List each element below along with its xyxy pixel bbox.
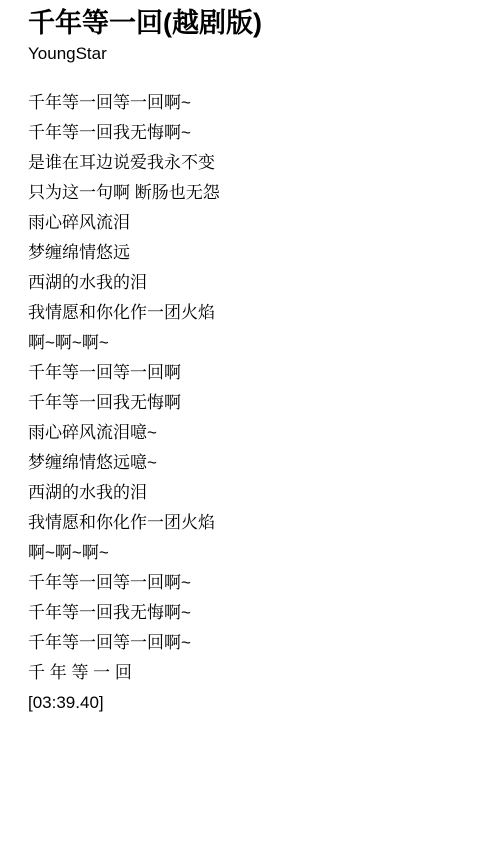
lyric-line: 只为这一句啊 断肠也无怨: [28, 178, 480, 208]
lyric-line: 西湖的水我的泪: [28, 268, 480, 298]
lyric-line: 千年等一回我无悔啊~: [28, 598, 480, 628]
lyric-line: 千年等一回等一回啊~: [28, 88, 480, 118]
lyric-line: 啊~啊~啊~: [28, 328, 480, 358]
lyrics-page: 千年等一回(越剧版) YoungStar 千年等一回等一回啊~千年等一回我无悔啊…: [0, 0, 500, 850]
lyrics-section: 千年等一回等一回啊~千年等一回我无悔啊~是谁在耳边说爱我永不变只为这一句啊 断肠…: [28, 88, 480, 718]
lyric-line: 千年等一回我无悔啊: [28, 388, 480, 418]
song-artist: YoungStar: [28, 42, 480, 66]
lyric-line: 梦缠绵情悠远噫~: [28, 448, 480, 478]
lyric-line: [03:39.40]: [28, 688, 480, 718]
lyric-line: 我情愿和你化作一团火焰: [28, 298, 480, 328]
song-title: 千年等一回(越剧版): [28, 6, 480, 40]
lyric-line: 啊~啊~啊~: [28, 538, 480, 568]
lyric-line: 雨心碎风流泪: [28, 208, 480, 238]
lyric-line: 雨心碎风流泪噫~: [28, 418, 480, 448]
lyric-line: 千年等一回我无悔啊~: [28, 118, 480, 148]
lyric-line: 梦缠绵情悠远: [28, 238, 480, 268]
lyric-line: 千年等一回等一回啊: [28, 358, 480, 388]
lyric-line: 千年等一回等一回啊~: [28, 568, 480, 598]
lyric-line: 西湖的水我的泪: [28, 478, 480, 508]
lyric-line: 千 年 等 一 回: [28, 658, 480, 688]
lyric-line: 是谁在耳边说爱我永不变: [28, 148, 480, 178]
lyric-line: 我情愿和你化作一团火焰: [28, 508, 480, 538]
lyric-line: 千年等一回等一回啊~: [28, 628, 480, 658]
